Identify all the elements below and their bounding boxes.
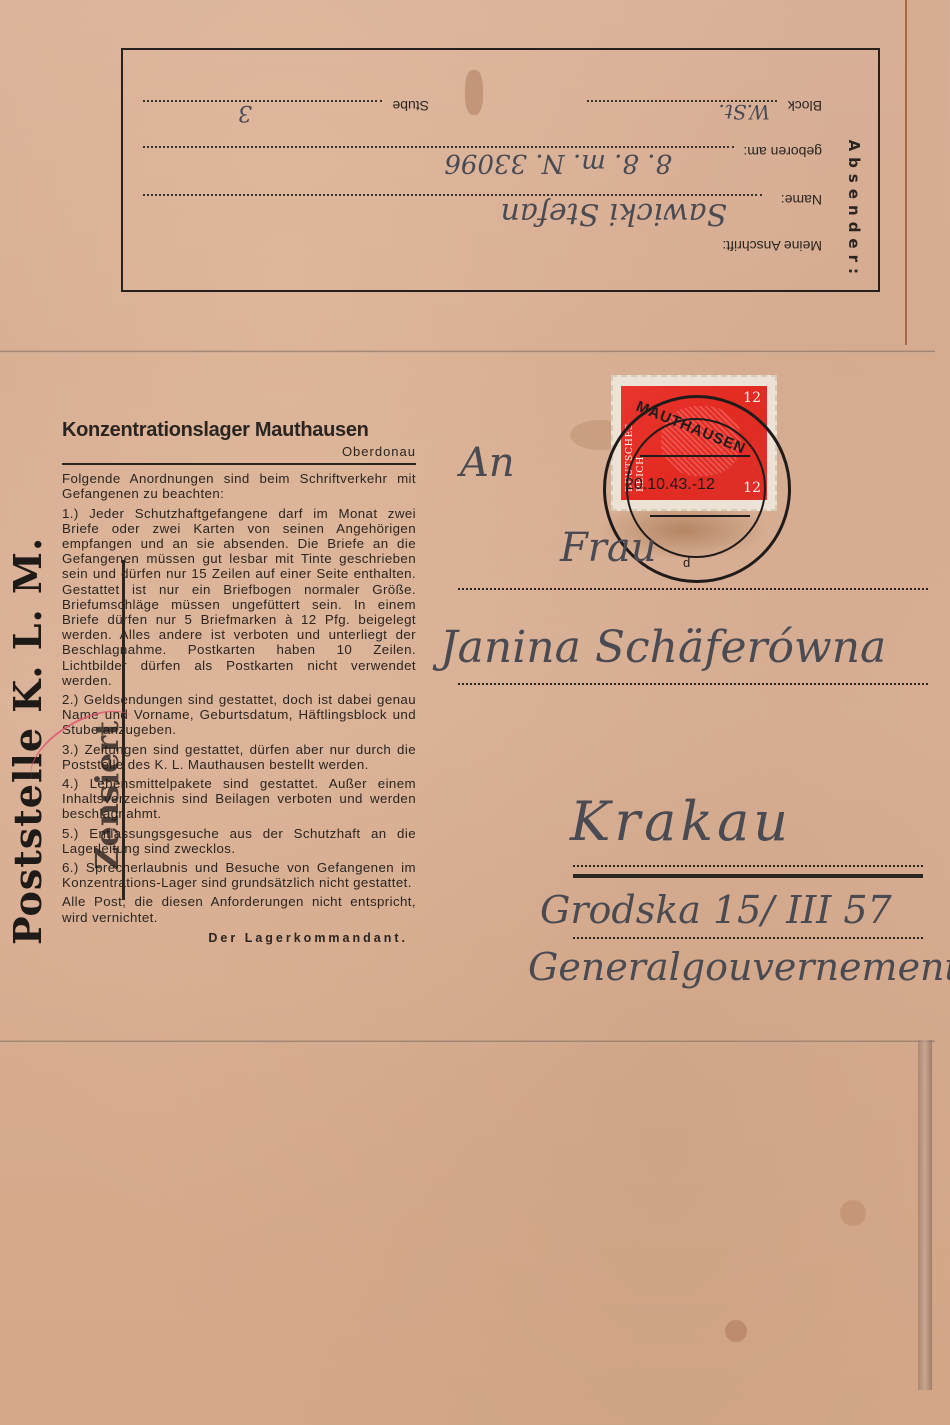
postmark-bar <box>640 455 750 457</box>
address-line-2 <box>458 683 928 685</box>
name-label: Name: <box>781 192 822 208</box>
fold-line-top <box>0 350 935 353</box>
stube-value: 3 <box>238 100 252 125</box>
stube-label: Stube <box>392 98 429 114</box>
born-value: 8. 8. m. N. 33096 <box>444 148 672 178</box>
censor-stamp: Poststelle K. L. M. <box>5 537 50 945</box>
camp-title: Konzentrationslager Mauthausen <box>62 418 416 442</box>
stain <box>725 1320 747 1342</box>
regulations-closing: Alle Post, die diesen Anforderungen nich… <box>62 894 416 924</box>
recipient-name: Janina Schäferówna <box>440 622 886 673</box>
stain <box>840 1200 866 1226</box>
regulations-intro: Folgende Anordnungen sind beim Schriftve… <box>62 471 416 501</box>
sender-name-row: Name: Sawicki Stefan <box>143 188 822 234</box>
sender-address-row: Meine Anschrift: <box>143 234 822 280</box>
block-label: Block <box>788 98 822 114</box>
postmark-bar <box>650 515 750 517</box>
born-label: geboren am: <box>743 144 822 160</box>
recipient-city: Krakau <box>570 790 792 853</box>
right-flap <box>905 0 949 345</box>
address-line-3 <box>573 865 923 867</box>
address-label: Meine Anschrift: <box>722 238 822 254</box>
camp-region: Oberdonau <box>62 444 416 459</box>
postmark-date: 20.10.43.-12 <box>625 476 715 494</box>
address-line-4 <box>573 937 923 939</box>
city-underline <box>573 874 923 878</box>
recipient-street: Grodska 15/ III 57 <box>540 888 892 932</box>
sender-heading: Absender: <box>833 140 863 280</box>
fold-line-bottom <box>0 1040 935 1043</box>
right-torn-edge <box>918 1040 932 1390</box>
regulation-item: 1.) Jeder Schutzhaftgefangene darf im Mo… <box>62 506 416 688</box>
sender-born-row: geboren am: 8. 8. m. N. 33096 <box>143 140 822 186</box>
recipient-title: Frau <box>560 525 656 571</box>
name-value: Sawicki Stefan <box>501 196 728 231</box>
postmark-letter: d <box>683 555 690 570</box>
recipient-salutation: An <box>460 440 515 486</box>
sender-block-row: Block W.St. Stube 3 <box>143 94 822 140</box>
recipient-region: Generalgouvernement <box>528 945 950 989</box>
address-line-1 <box>458 588 928 590</box>
stamp-value-top: 12 <box>743 390 761 406</box>
block-value: W.St. <box>718 100 770 124</box>
commandant-signature: Der Lagerkommandant. <box>62 931 416 946</box>
title-rule <box>62 463 416 465</box>
sender-box: Absender: Meine Anschrift: Name: Sawicki… <box>121 48 880 292</box>
